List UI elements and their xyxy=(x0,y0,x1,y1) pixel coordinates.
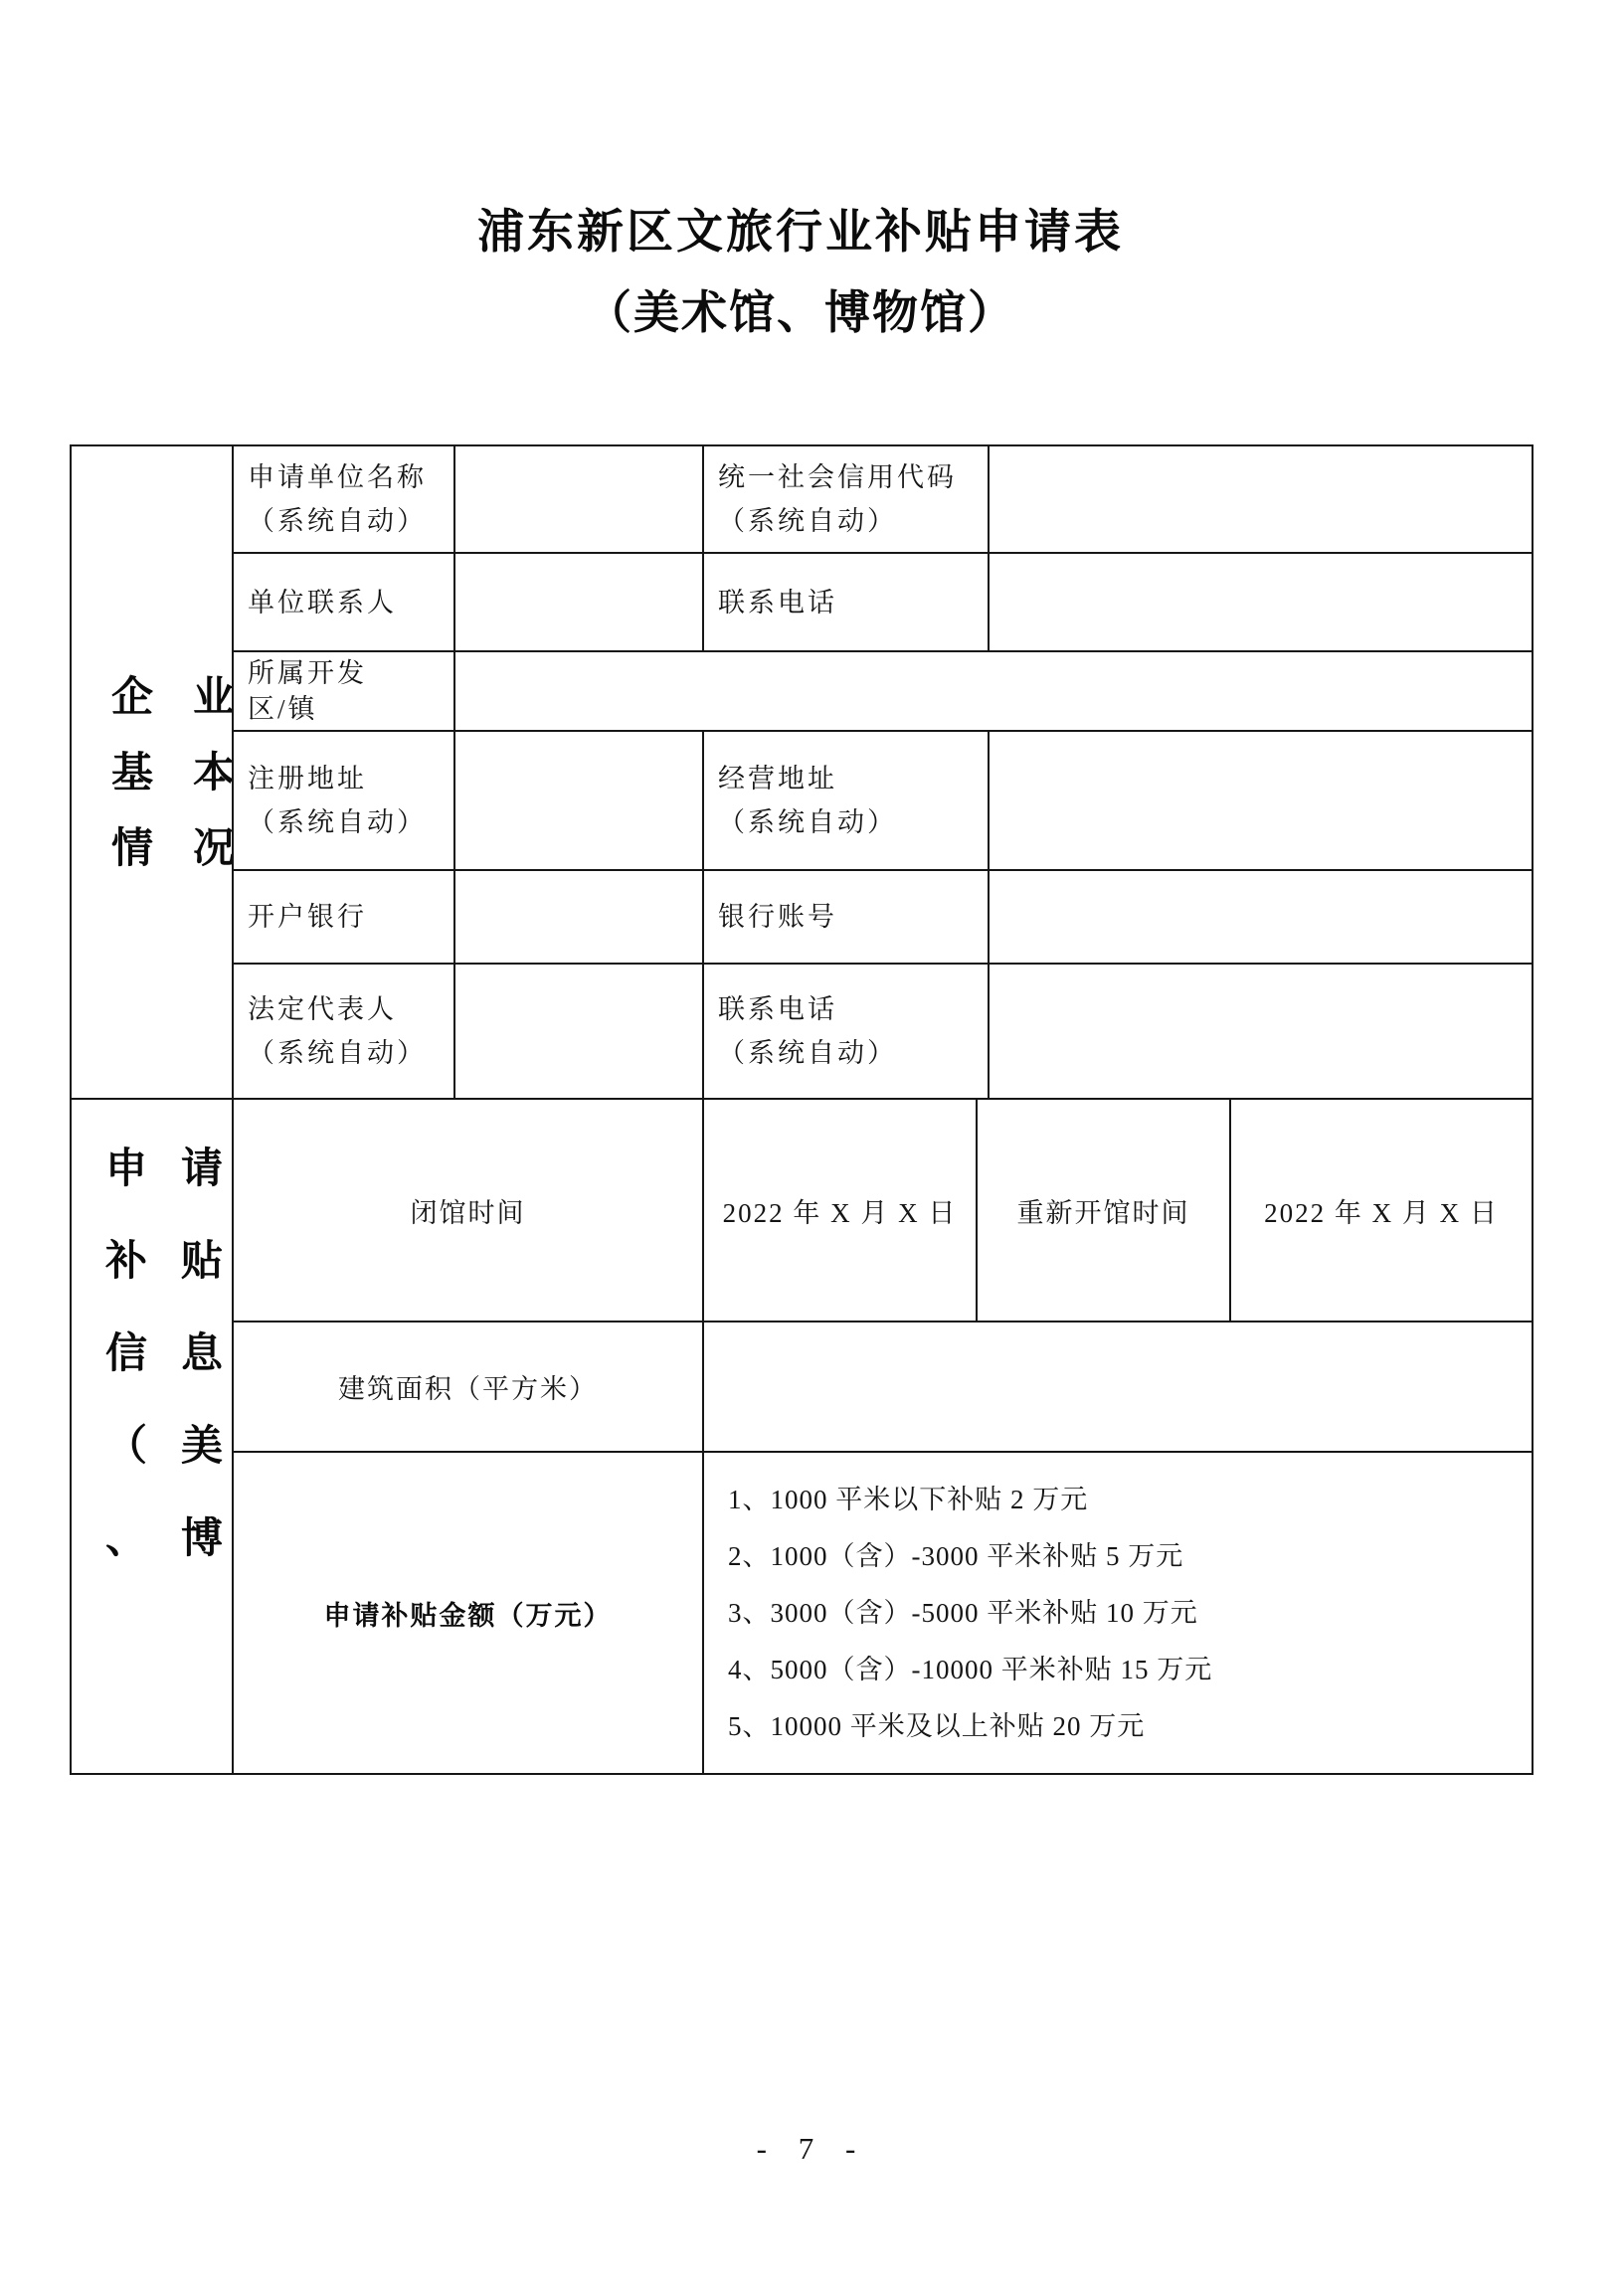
section1-header-line: 企业 xyxy=(72,659,232,735)
value-legal-rep-phone xyxy=(989,964,1533,1099)
section2-header-line: 、博） xyxy=(72,1492,232,1584)
label-text: 注册地址 xyxy=(248,757,453,800)
row-bank: 开户银行 银行账号 xyxy=(71,870,1533,964)
label-subtext: （系统自动） xyxy=(718,800,988,844)
row-closing-time: 申请 补贴 信息 （美 、博） 闭馆时间 2022 年 X 月 X 日 重新开馆… xyxy=(71,1099,1533,1322)
section2-header-line: （美 xyxy=(72,1399,232,1492)
value-unit-name xyxy=(454,445,703,553)
label-text: 经营地址 xyxy=(718,757,988,800)
subsidy-tier-item: 1、1000 平米以下补贴 2 万元 xyxy=(728,1472,1522,1528)
label-subtext: （系统自动） xyxy=(718,1031,988,1075)
section2-header-line: 申请 xyxy=(72,1122,232,1214)
section-subsidy-info: 申请 补贴 信息 （美 、博） 闭馆时间 2022 年 X 月 X 日 重新开馆… xyxy=(70,1098,1534,1775)
label-registered-address: 注册地址 （系统自动） xyxy=(233,731,454,870)
label-contact-person: 单位联系人 xyxy=(233,553,454,651)
label-text: 联系电话 xyxy=(718,987,988,1031)
section1-header: 企业 基本 情况 xyxy=(71,445,233,1099)
label-contact-phone: 联系电话 xyxy=(703,553,989,651)
label-legal-rep-phone: 联系电话 （系统自动） xyxy=(703,964,989,1099)
section1-header-line: 情况 xyxy=(72,810,232,886)
page-subtitle: （美术馆、博物馆） xyxy=(70,282,1532,342)
value-bank-name xyxy=(454,870,703,964)
document-page: 浦东新区文旅行业补贴申请表 （美术馆、博物馆） 企业 基本 情况 申请单位名称 … xyxy=(0,0,1624,2293)
row-development-zone: 所属开发 区/镇 xyxy=(71,651,1533,731)
value-development-zone xyxy=(454,651,1533,731)
label-subtext: （系统自动） xyxy=(248,1031,453,1075)
label-text: 统一社会信用代码 xyxy=(718,455,988,499)
label-text: 申请单位名称 xyxy=(248,455,453,499)
section2-header: 申请 补贴 信息 （美 、博） xyxy=(71,1099,233,1774)
subsidy-tier-item: 3、3000（含）-5000 平米补贴 10 万元 xyxy=(728,1585,1522,1642)
label-development-zone: 所属开发 区/镇 xyxy=(233,651,454,731)
section1-header-line: 基本 xyxy=(72,735,232,810)
label-subtext: （系统自动） xyxy=(248,800,453,844)
label-closing-time: 闭馆时间 xyxy=(233,1099,703,1322)
value-contact-phone xyxy=(989,553,1533,651)
subsidy-tier-item: 5、10000 平米及以上补贴 20 万元 xyxy=(728,1698,1522,1755)
label-subtext: 区/镇 xyxy=(248,691,453,727)
row-registered-address: 注册地址 （系统自动） 经营地址 （系统自动） xyxy=(71,731,1533,870)
page-title: 浦东新区文旅行业补贴申请表 xyxy=(70,201,1532,263)
value-credit-code xyxy=(989,445,1533,553)
row-contact-person: 单位联系人 联系电话 xyxy=(71,553,1533,651)
application-form-table: 企业 基本 情况 申请单位名称 （系统自动） 统一社会信用代码 （系统自动） 单… xyxy=(70,444,1532,1775)
label-bank-name: 开户银行 xyxy=(233,870,454,964)
subsidy-tier-item: 4、5000（含）-10000 平米补贴 15 万元 xyxy=(728,1642,1522,1698)
label-unit-name: 申请单位名称 （系统自动） xyxy=(233,445,454,553)
label-text: 开户银行 xyxy=(248,895,453,939)
subsidy-tier-list: 1、1000 平米以下补贴 2 万元 2、1000（含）-3000 平米补贴 5… xyxy=(703,1452,1533,1774)
page-number: - 7 - xyxy=(0,2131,1624,2167)
section-company-basic-info: 企业 基本 情况 申请单位名称 （系统自动） 统一社会信用代码 （系统自动） 单… xyxy=(70,444,1534,1100)
label-credit-code: 统一社会信用代码 （系统自动） xyxy=(703,445,989,553)
row-building-area: 建筑面积（平方米） xyxy=(71,1322,1533,1452)
value-building-area xyxy=(703,1322,1533,1452)
row-subsidy-amount: 申请补贴金额（万元） 1、1000 平米以下补贴 2 万元 2、1000（含）-… xyxy=(71,1452,1533,1774)
value-registered-address xyxy=(454,731,703,870)
row-legal-representative: 法定代表人 （系统自动） 联系电话 （系统自动） xyxy=(71,964,1533,1099)
section2-header-line: 补贴 xyxy=(72,1214,232,1307)
label-reopening-time: 重新开馆时间 xyxy=(977,1099,1230,1322)
label-subsidy-amount: 申请补贴金额（万元） xyxy=(233,1452,703,1774)
label-business-address: 经营地址 （系统自动） xyxy=(703,731,989,870)
label-subtext: （系统自动） xyxy=(248,499,453,543)
value-legal-representative xyxy=(454,964,703,1099)
label-text: 银行账号 xyxy=(718,895,988,939)
label-legal-representative: 法定代表人 （系统自动） xyxy=(233,964,454,1099)
value-closing-time: 2022 年 X 月 X 日 xyxy=(703,1099,977,1322)
subsidy-tier-item: 2、1000（含）-3000 平米补贴 5 万元 xyxy=(728,1528,1522,1585)
label-text: 所属开发 xyxy=(248,655,453,691)
label-bank-account: 银行账号 xyxy=(703,870,989,964)
label-text: 联系电话 xyxy=(718,581,988,624)
value-business-address xyxy=(989,731,1533,870)
label-text: 法定代表人 xyxy=(248,987,453,1031)
label-text: 单位联系人 xyxy=(248,581,453,624)
label-subtext: （系统自动） xyxy=(718,499,988,543)
value-reopening-time: 2022 年 X 月 X 日 xyxy=(1230,1099,1533,1322)
section2-header-line: 信息 xyxy=(72,1307,232,1399)
label-building-area: 建筑面积（平方米） xyxy=(233,1322,703,1452)
value-bank-account xyxy=(989,870,1533,964)
value-contact-person xyxy=(454,553,703,651)
row-unit-name: 企业 基本 情况 申请单位名称 （系统自动） 统一社会信用代码 （系统自动） xyxy=(71,445,1533,553)
